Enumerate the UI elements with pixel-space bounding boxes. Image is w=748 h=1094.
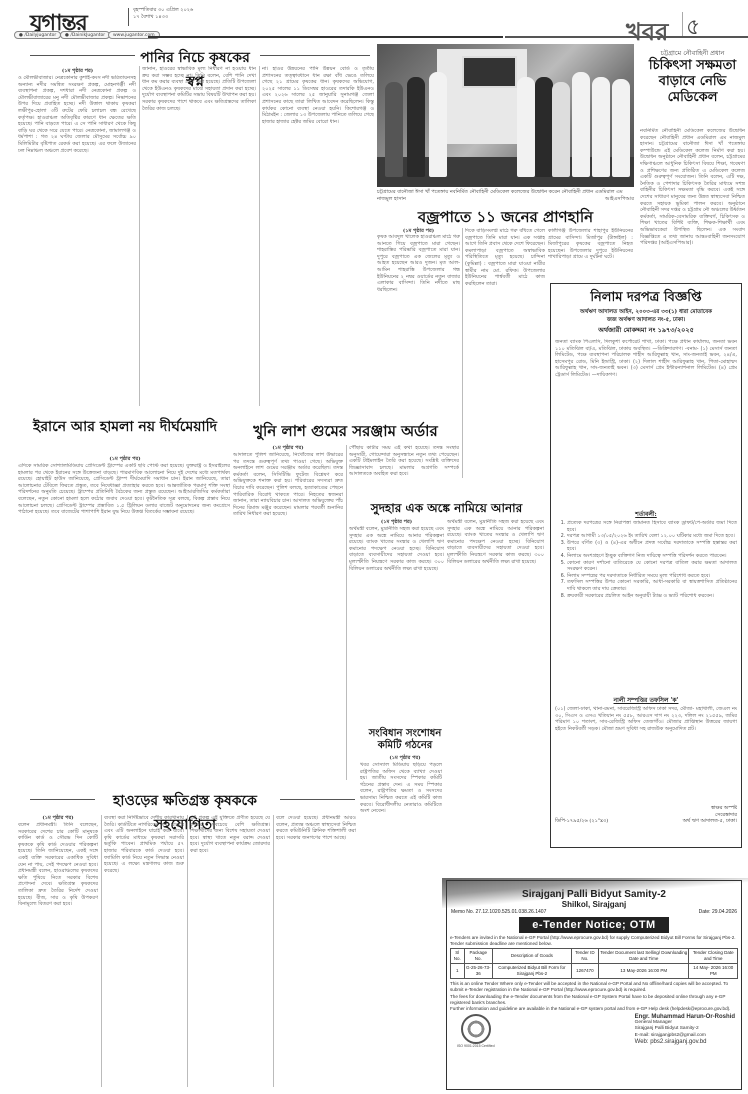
article-body: ব্যবস্থা করা নির্দিষ্টভাবে দেশীয় কারখান… <box>104 815 184 1087</box>
masthead-date: বৃহস্পতিবার ৩০ এপ্রিল ২০২৬ ১৭ বৈশাখ ১৪৩৩ <box>133 7 193 21</box>
tender-note-3: Further information and guideline are av… <box>447 1006 741 1012</box>
twitter-link[interactable]: ● /Dailyjugantor <box>14 31 61 39</box>
tender-intro: e-Tenders are invited in the National e-… <box>447 935 741 947</box>
masthead-divider <box>128 8 129 26</box>
headline-murder[interactable]: খুনি লাশ গুমের সরঞ্জাম অর্ডার <box>233 420 458 445</box>
auction-ref: ডিপি-১৭৯৫/২৬ (২১"x৩) <box>555 818 608 826</box>
page-number-divider <box>682 12 683 38</box>
terms-list: প্রত্যেক দরপত্রের সঙ্গে নিরাপত্তা জামানত… <box>555 520 737 695</box>
column-divider <box>139 66 140 406</box>
date-bengali: ১৭ বৈশাখ ১৪৩৩ <box>133 14 193 21</box>
headline-rule-right <box>280 799 355 800</box>
headline-rule-left <box>30 799 95 800</box>
x-icon: ● <box>19 33 23 38</box>
tender-org: Sirajganj Palli Bidyut Samity-2 <box>447 889 741 900</box>
headline-navy[interactable]: চিকিৎসা সক্ষমতা বাড়াবে নেভি মেডিকেল <box>640 58 745 106</box>
tender-note-2: The fees for downloading the e-Tender do… <box>447 994 741 1006</box>
article-body: জানান, হাওরের স্বাভাবিক মূল্য নির্ধারণ ন… <box>142 66 256 406</box>
article-body: দিকে বাড়িসংলগ্ন মাঠে গরু বাঁধতে গেলে বজ… <box>465 228 545 478</box>
auction-notice-box[interactable]: নিলাম দরপত্র বিজ্ঞপ্তি অর্থঋণ আদালত আইন,… <box>550 283 742 848</box>
column-divider <box>259 66 260 406</box>
tender-date: Date: 29.04.2026 <box>699 909 737 915</box>
article-body: এই প্রকল্প এই যুক্তিতে প্রণীত হয়েছে যে … <box>190 815 270 1087</box>
column-divider <box>273 815 274 1087</box>
term-item: নিলামে অংশগ্রহণে ইচ্ছুক ব্যক্তিগণ নিজ দা… <box>567 553 737 560</box>
signer-web[interactable]: Web: pbs2.sirajganj.gov.bd <box>635 1039 735 1045</box>
column-divider <box>101 815 102 1087</box>
article-body: অর্থমন্ত্রী বলেন, মুদ্রানীতি সহজ করা হয়… <box>447 519 544 774</box>
auction-law-line: অর্থঋণ আদালত আইন, ২০০৩-এর ৩৩(১) ধারা মোত… <box>555 309 737 317</box>
terms-title: শর্তাবলী: <box>555 509 737 520</box>
article-body: পৌঁছায় কাটার সময় এই কথা হয়েছে। তদন্ত … <box>349 445 459 485</box>
tender-location: Shilkol, Sirajganj <box>447 900 741 909</box>
auction-footer: ডিপি-১৭৯৫/২৬ (২১"x৩) অর্থ ঋণ আদালত-৫, ঢা… <box>555 818 737 826</box>
article-body: এদিকে সামরিক সোশ্যালমিডিয়ায় প্রেসিডেন্… <box>18 463 230 781</box>
photo-credit: আইএসপিআর <box>605 196 634 203</box>
article-body: বলে দেওয়া হয়েছে। প্রধানমন্ত্রী আরও বলে… <box>276 815 356 1087</box>
auction-court-line: জজ অর্থঋণ আদালত নং-৫, ঢাকা। <box>555 317 737 325</box>
header-rule <box>148 36 503 38</box>
pbs-logo-icon <box>461 1014 491 1044</box>
term-item: তফসিল সম্পত্তির উপর কোনো সরকারি, আধা-সরক… <box>567 579 737 592</box>
page-number: ৫ <box>686 10 700 47</box>
facebook-link[interactable]: ● /DainikJugantor <box>60 31 110 39</box>
headline-interest[interactable]: সুদহার এক অঙ্কে নামিয়ে আনার <box>349 500 544 520</box>
headline-iran[interactable]: ইরানে আর হামলা নয় দীর্ঘমেয়াদি <box>20 418 230 436</box>
article-body: বলেন প্রধানমন্ত্রী। তিনি বলেছেন, সরকারের… <box>18 822 98 1087</box>
facebook-icon: ● <box>65 33 69 38</box>
auction-title: নিলাম দরপত্র বিজ্ঞপ্তি <box>555 288 737 309</box>
term-item: ক্রয়কারী সরকারের প্রচলিত আইন অনুযায়ী ট… <box>567 593 737 600</box>
auction-parties: জনতা ব্যাংক পিএলসি, দিলকুশা কর্পোরেট শাখ… <box>555 339 737 509</box>
headline-constitution[interactable]: সংবিধান সংশোধন কমিটি গঠনের <box>360 728 450 752</box>
column-divider <box>187 815 188 1087</box>
article-body: কালীগঞ্জ উপজেলার শাহাপুর ইউনিয়নের গ্রাম… <box>548 228 633 268</box>
headline-rule-right <box>260 55 370 56</box>
date-gregorian: বৃহস্পতিবার ৩০ এপ্রিল ২০২৬ <box>133 7 193 14</box>
table-row: 1 G-25-26-73-36 Computerized Bidyut Bill… <box>451 964 738 979</box>
schedule-body: (০১) জেলা-ঢাকা, থানা-রমনা, সাবরেজিস্ট্রি… <box>555 706 737 801</box>
auction-signature: স্বাক্ষর অস্পষ্ট সেরেস্তাদার <box>555 805 737 818</box>
tender-memo: Memo No. 27.12.1020.525.01.038.26.1407 <box>451 909 546 915</box>
auction-case-no: অর্থজারী মোকদ্দমা নং ১৯৭৩/২০২৫ <box>555 325 737 336</box>
tender-table: Sl No. Package No. Description of Goods … <box>450 948 738 979</box>
iso-label: ISO 9001:2015 Certified <box>457 1044 495 1048</box>
term-item: দরপত্র আগামী ১৩/০৫/২০২৬ ইং তারিখ বেলা ১২… <box>567 533 737 540</box>
headline-rule-left <box>30 55 135 56</box>
article-body: না। হাওর উন্নয়নের পানি উন্নয়ন বোর্ড ও … <box>262 66 374 406</box>
term-item: কোনো কারণ দর্শানো ব্যতিরেকে যে কোনো দরপত… <box>567 560 737 573</box>
schedule-title: নালী সম্পত্তির তফসিল 'ক' <box>555 695 737 706</box>
tender-note-1: This is an online Tender Where only e-Te… <box>447 980 741 994</box>
e-tender-notice[interactable]: Sirajganj Palli Bidyut Samity-2 Shilkol,… <box>446 880 742 1090</box>
header-rule-right <box>505 36 748 38</box>
tender-title: e-Tender Notice; OTM <box>519 917 669 933</box>
column-divider <box>346 445 347 780</box>
article-body: নবনির্মিত নৌবাহিনী মেডিকেল কলেজের উদ্বোধ… <box>640 128 745 268</box>
photo-caption: চট্টগ্রামের বানৌজা ঈসা খাঁ পতেঙ্গায় নবন… <box>377 189 634 202</box>
tender-meta: Memo No. 27.12.1020.525.01.038.26.1407 D… <box>447 909 741 915</box>
term-item: উপরে বর্ণিত (৩) ও (৪)-এর অধীনে প্রদত্ত স… <box>567 540 737 553</box>
navy-medical-photo[interactable] <box>377 44 634 187</box>
column-divider <box>462 228 463 478</box>
term-item: প্রত্যেক দরপত্রের সঙ্গে নিরাপত্তা জামানত… <box>567 520 737 533</box>
article-body: খবর সোস্যাল মিডিয়ায় ছড়িয়ে পড়লে রাষ্… <box>360 762 442 1087</box>
article-body: আদালতে পুলিশ জানিয়েছে, নিখোঁজের লাশ উদ্… <box>233 452 343 780</box>
article-body: ও মৌলভীবাজার। নেত্রকোনার কুশাই-কংস নদী ভ… <box>18 75 136 405</box>
